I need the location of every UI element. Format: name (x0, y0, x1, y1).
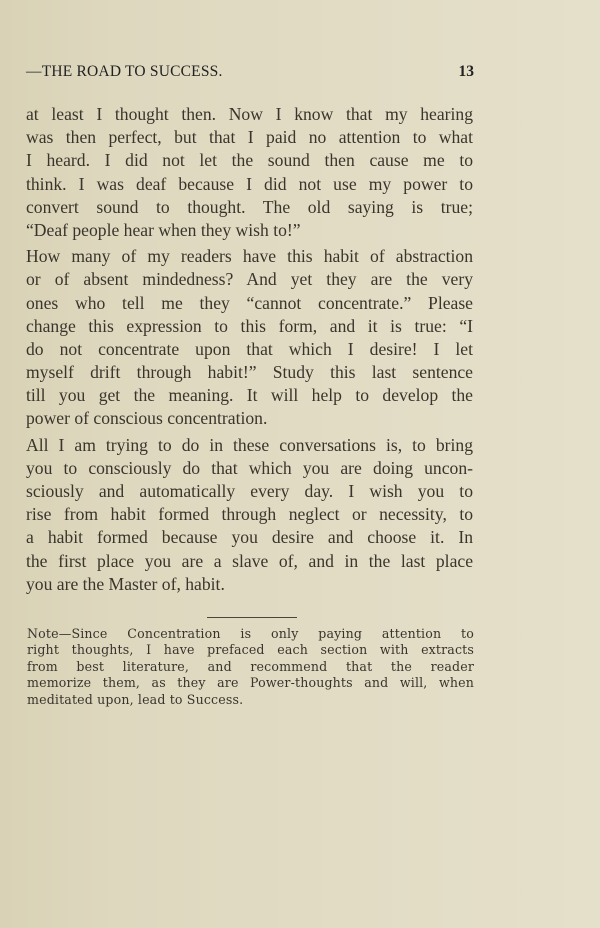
text-line: convert sound to thought. The old saying… (26, 196, 473, 219)
text-line: All I am trying to do in these conversat… (26, 434, 473, 457)
text-line: do not concentrate upon that which I des… (26, 338, 473, 361)
footnote-line: meditated upon, lead to Success. (27, 692, 474, 708)
text-line: “Deaf people hear when they wish to!” (26, 219, 473, 242)
text-line: change this expression to this form, and… (26, 315, 473, 338)
running-head: —THE ROAD TO SUCCESS. 13 (26, 63, 472, 83)
text-line: you are the Master of, habit. (26, 573, 473, 596)
page-number: 13 (459, 63, 475, 81)
footnote-line: Note—Since Concentration is only paying … (27, 626, 474, 642)
footnote: Note—Since Concentration is only paying … (27, 626, 474, 708)
running-head-title: —THE ROAD TO SUCCESS. (26, 63, 223, 81)
text-line: sciously and automatically every day. I … (26, 480, 473, 503)
footnote-line: memorize them, as they are Power-thought… (27, 675, 474, 691)
text-line: How many of my readers have this habit o… (26, 245, 473, 268)
footnote-line: right thoughts, I have prefaced each sec… (27, 642, 474, 658)
text-line: power of conscious concentration. (26, 407, 473, 430)
paragraph-3: All I am trying to do in these conversat… (26, 434, 473, 596)
body-text: at least I thought then. Now I know that… (26, 103, 473, 596)
text-line: till you get the meaning. It will help t… (26, 384, 473, 407)
text-line: myself drift through habit!” Study this … (26, 361, 473, 384)
text-line: think. I was deaf because I did not use … (26, 173, 473, 196)
text-line: the first place you are a slave of, and … (26, 550, 473, 573)
text-line: or of absent mindedness? And yet they ar… (26, 268, 473, 291)
book-page: —THE ROAD TO SUCCESS. 13 at least I thou… (0, 0, 600, 928)
text-line: at least I thought then. Now I know that… (26, 103, 473, 126)
paragraph-2: How many of my readers have this habit o… (26, 245, 473, 431)
text-line: was then perfect, but that I paid no att… (26, 126, 473, 149)
text-line: you to consciously do that which you are… (26, 457, 473, 480)
section-divider (207, 617, 297, 618)
paragraph-1: at least I thought then. Now I know that… (26, 103, 473, 242)
text-line: a habit formed because you desire and ch… (26, 526, 473, 549)
text-line: ones who tell me they “cannot concentrat… (26, 292, 473, 315)
text-line: rise from habit formed through neglect o… (26, 503, 473, 526)
text-line: I heard. I did not let the sound then ca… (26, 149, 473, 172)
footnote-line: from best literature, and recommend that… (27, 659, 474, 675)
